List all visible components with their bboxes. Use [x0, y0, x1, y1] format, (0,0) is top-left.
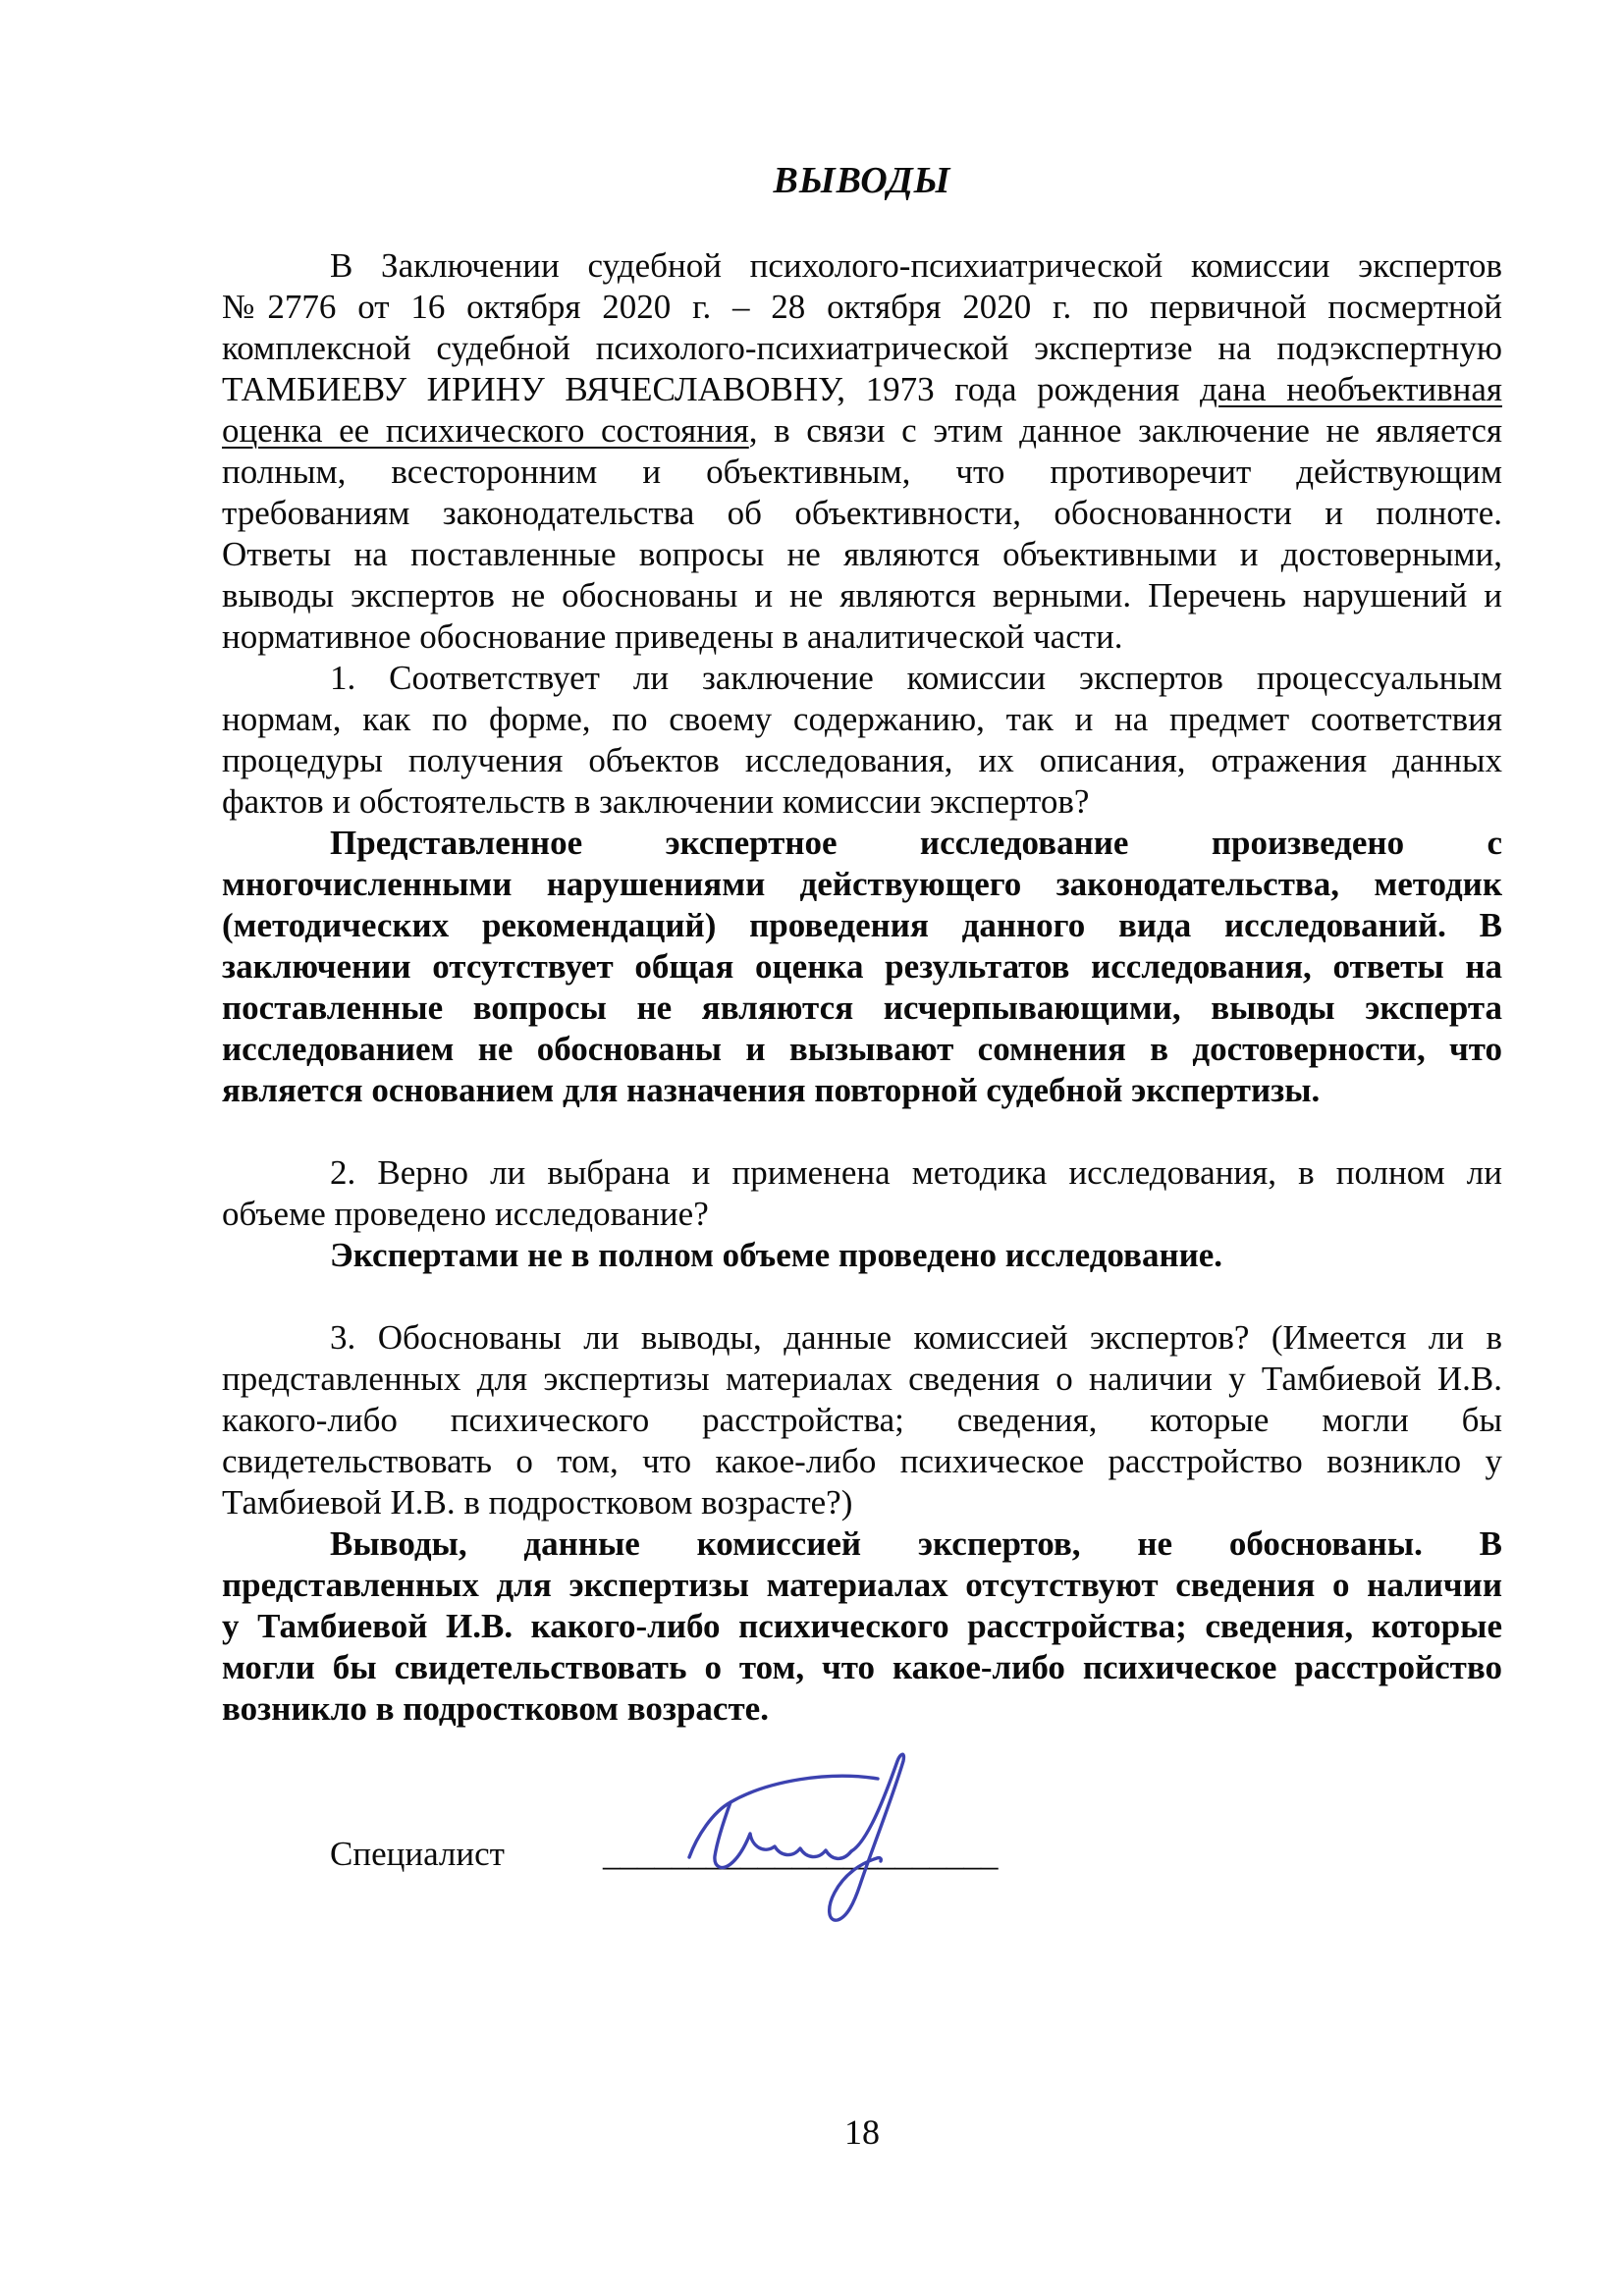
- paragraph: 1. Соответствует ли заключение комиссии …: [222, 658, 1502, 823]
- text-line: Ответы на поставленные вопросы не являют…: [222, 534, 1502, 575]
- text-line: Представленное экспертное исследование п…: [222, 823, 1502, 864]
- text-line: возникло в подростковом возрасте.: [222, 1688, 1502, 1730]
- text-line: многочисленными нарушениями действующего…: [222, 864, 1502, 905]
- text-line: исследованием не обоснованы и вызывают с…: [222, 1029, 1502, 1070]
- paragraph: В Заключении судебной психолого-психиатр…: [222, 245, 1502, 658]
- text-segment: 2. Верно ли выбрана и применена методика…: [330, 1153, 1502, 1192]
- text-line: выводы экспертов не обоснованы и не явля…: [222, 575, 1502, 616]
- text-segment: (методических рекомендаций) проведения д…: [222, 906, 1502, 944]
- text-segment: поставленные вопросы не являются исчерпы…: [222, 988, 1502, 1027]
- text-segment: объеме проведено исследование?: [222, 1195, 709, 1233]
- text-line: полным, всесторонним и объективным, что …: [222, 452, 1502, 493]
- text-line: Экспертами не в полном объеме проведено …: [222, 1235, 1502, 1276]
- document-paragraphs: В Заключении судебной психолого-психиатр…: [222, 245, 1502, 1730]
- text-line: оценка ее психического состояния, в связ…: [222, 410, 1502, 452]
- text-segment: у Тамбиевой И.В. какого-либо психическог…: [222, 1607, 1502, 1645]
- text-line: В Заключении судебной психолого-психиатр…: [222, 245, 1502, 287]
- text-line: заключении отсутствует общая оценка резу…: [222, 946, 1502, 988]
- text-segment: выводы экспертов не обоснованы и не явля…: [222, 576, 1502, 614]
- text-segment: фактов и обстоятельств в заключении коми…: [222, 782, 1089, 821]
- text-line: у Тамбиевой И.В. какого-либо психическог…: [222, 1606, 1502, 1647]
- text-segment: , в связи с этим данное заключение не яв…: [749, 411, 1502, 450]
- signature-row: Специалист_______________________: [222, 1834, 1502, 1875]
- underlined-text: оценка ее психического состояния: [222, 411, 749, 450]
- blank-line: [222, 1111, 1502, 1152]
- text-segment: 3. Обоснованы ли выводы, данные комиссие…: [330, 1318, 1502, 1357]
- text-line: фактов и обстоятельств в заключении коми…: [222, 781, 1502, 823]
- text-segment: является основанием для назначения повто…: [222, 1071, 1320, 1109]
- underlined-text: дана необъективная: [1200, 370, 1502, 408]
- page-title: ВЫВОДЫ: [222, 157, 1502, 204]
- text-line: 1. Соответствует ли заключение комиссии …: [222, 658, 1502, 699]
- text-segment: 1. Соответствует ли заключение комиссии …: [330, 659, 1502, 697]
- paragraph: Представленное экспертное исследование п…: [222, 823, 1502, 1111]
- text-line: 2. Верно ли выбрана и применена методика…: [222, 1152, 1502, 1194]
- text-line: представленных для экспертизы материалах…: [222, 1359, 1502, 1400]
- text-segment: В Заключении судебной психолого-психиатр…: [330, 246, 1502, 285]
- paragraph: Выводы, данные комиссией экспертов, не о…: [222, 1523, 1502, 1730]
- text-segment: требованиям законодательства об объектив…: [222, 494, 1502, 532]
- text-segment: комплексной судебной психолого-психиатри…: [222, 329, 1502, 367]
- text-segment: Тамбиевой И.В. в подростковом возрасте?): [222, 1483, 852, 1522]
- text-line: ТАМБИЕВУ ИРИНУ ВЯЧЕСЛАВОВНУ, 1973 года р…: [222, 369, 1502, 410]
- text-segment: могли бы свидетельствовать о том, что ка…: [222, 1648, 1502, 1686]
- text-line: могли бы свидетельствовать о том, что ка…: [222, 1647, 1502, 1688]
- paragraph: 2. Верно ли выбрана и применена методика…: [222, 1152, 1502, 1235]
- text-segment: свидетельствовать о том, что какое-либо …: [222, 1442, 1502, 1480]
- text-segment: исследованием не обоснованы и вызывают с…: [222, 1030, 1502, 1068]
- text-segment: полным, всесторонним и объективным, что …: [222, 453, 1502, 491]
- blank-line: [222, 1276, 1502, 1317]
- text-segment: процедуры получения объектов исследовани…: [222, 741, 1502, 779]
- text-segment: заключении отсутствует общая оценка резу…: [222, 947, 1502, 986]
- text-line: №2776 от 16 октября 2020 г. – 28 октября…: [222, 287, 1502, 328]
- text-segment: ТАМБИЕВУ ИРИНУ ВЯЧЕСЛАВОВНУ, 1973 года р…: [222, 370, 1200, 408]
- text-segment: Представленное экспертное исследование п…: [330, 824, 1502, 862]
- text-segment: Ответы на поставленные вопросы не являют…: [222, 535, 1502, 573]
- text-line: свидетельствовать о том, что какое-либо …: [222, 1441, 1502, 1482]
- text-line: 3. Обоснованы ли выводы, данные комиссие…: [222, 1317, 1502, 1359]
- text-line: Тамбиевой И.В. в подростковом возрасте?): [222, 1482, 1502, 1523]
- text-segment: возникло в подростковом возрасте.: [222, 1689, 769, 1728]
- text-line: является основанием для назначения повто…: [222, 1070, 1502, 1111]
- text-line: Выводы, данные комиссией экспертов, не о…: [222, 1523, 1502, 1565]
- text-line: какого-либо психического расстройства; с…: [222, 1400, 1502, 1441]
- text-segment: какого-либо психического расстройства; с…: [222, 1401, 1502, 1439]
- page-number: 18: [222, 2110, 1502, 2154]
- text-segment: нормам, как по форме, по своему содержан…: [222, 700, 1502, 738]
- signature-label: Специалист: [330, 1835, 505, 1873]
- scanned-document-page: { "document": { "title": "ВЫВОДЫ", "page…: [0, 0, 1623, 2296]
- text-segment: нормативное обоснование приведены в анал…: [222, 617, 1123, 656]
- text-line: требованиям законодательства об объектив…: [222, 493, 1502, 534]
- paragraph: 3. Обоснованы ли выводы, данные комиссие…: [222, 1317, 1502, 1523]
- text-line: поставленные вопросы не являются исчерпы…: [222, 988, 1502, 1029]
- text-segment: многочисленными нарушениями действующего…: [222, 865, 1502, 903]
- text-line: (методических рекомендаций) проведения д…: [222, 905, 1502, 946]
- text-segment: Выводы, данные комиссией экспертов, не о…: [330, 1524, 1502, 1563]
- text-line: объеме проведено исследование?: [222, 1194, 1502, 1235]
- text-line: процедуры получения объектов исследовани…: [222, 740, 1502, 781]
- text-line: нормам, как по форме, по своему содержан…: [222, 699, 1502, 740]
- text-segment: представленных для экспертизы материалах…: [222, 1566, 1502, 1604]
- text-segment: представленных для экспертизы материалах…: [222, 1360, 1502, 1398]
- text-line: нормативное обоснование приведены в анал…: [222, 616, 1502, 658]
- text-segment: Экспертами не в полном объеме проведено …: [330, 1236, 1222, 1274]
- document-body: ВЫВОДЫ В Заключении судебной психолого-п…: [222, 157, 1502, 1875]
- paragraph: Экспертами не в полном объеме проведено …: [222, 1235, 1502, 1276]
- text-line: представленных для экспертизы материалах…: [222, 1565, 1502, 1606]
- text-segment: №2776 от 16 октября 2020 г. – 28 октября…: [222, 288, 1502, 326]
- text-line: комплексной судебной психолого-психиатри…: [222, 328, 1502, 369]
- signature-line: _______________________: [603, 1834, 999, 1875]
